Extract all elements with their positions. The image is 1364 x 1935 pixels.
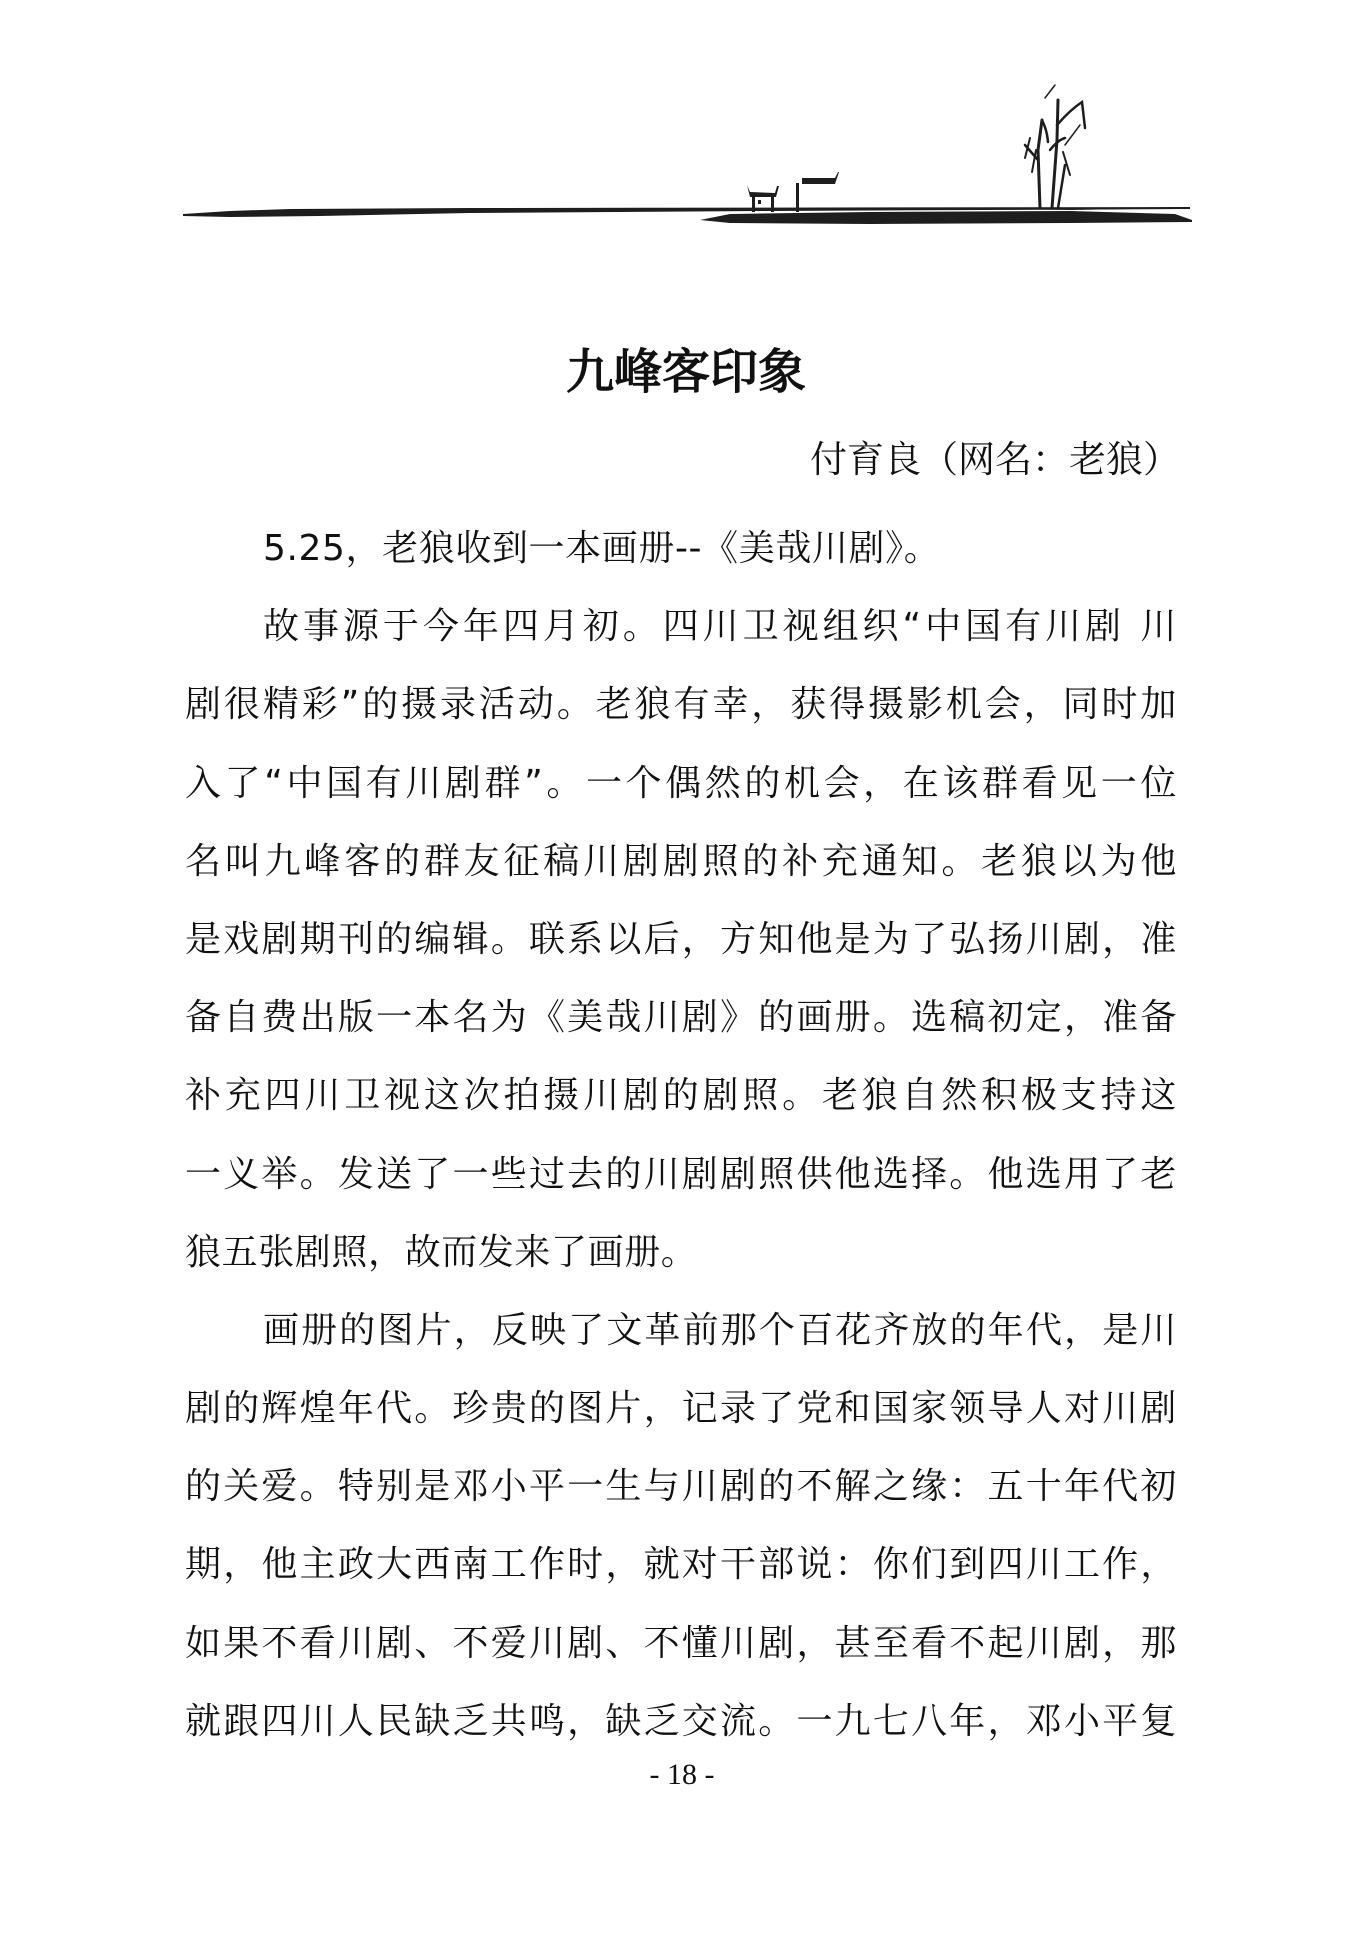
paragraph-1-line-1: 5.25，老狼收到一本画册--《美哉川剧》。	[185, 510, 1177, 588]
bamboo-icon	[1025, 85, 1085, 208]
paragraph-3-line-2: 剧的辉煌年代。珍贵的图片，记录了党和国家领导人对川剧	[185, 1370, 1177, 1448]
paragraph-2-line-6: 备自费出版一本名为《美哉川剧》的画册。选稿初定，准备	[185, 979, 1177, 1057]
page-number: - 18 -	[0, 1758, 1364, 1792]
paragraph-2-line-1: 故事源于今年四月初。四川卫视组织“中国有川剧 川	[185, 588, 1177, 666]
article-body: 5.25，老狼收到一本画册--《美哉川剧》。 故事源于今年四月初。四川卫视组织“…	[185, 510, 1177, 1761]
paragraph-3-line-5: 如果不看川剧、不爱川剧、不懂川剧，甚至看不起川剧，那	[185, 1605, 1177, 1683]
paragraph-2-line-3: 入了“中国有川剧群”。一个偶然的机会，在该群看见一位	[185, 745, 1177, 823]
article-title: 九峰客印象	[0, 340, 1364, 404]
paragraph-2-line-7: 补充四川卫视这次拍摄川剧的剧照。老狼自然积极支持这	[185, 1057, 1177, 1135]
paragraph-3-line-6: 就跟四川人民缺乏共鸣，缺乏交流。一九七八年，邓小平复	[185, 1683, 1177, 1761]
pavilion-icon	[747, 172, 839, 212]
paragraph-2-line-2: 剧很精彩”的摄录活动。老狼有幸，获得摄影机会，同时加	[185, 666, 1177, 744]
paragraph-2-line-4: 名叫九峰客的群友征稿川剧剧照的补充通知。老狼以为他	[185, 823, 1177, 901]
paragraph-2-line-5: 是戏剧期刊的编辑。联系以后，方知他是为了弘扬川剧，准	[185, 901, 1177, 979]
paragraph-3-line-3: 的关爱。特别是邓小平一生与川剧的不解之缘：五十年代初	[185, 1448, 1177, 1526]
article-author: 付育良（网名：老狼）	[700, 434, 1180, 486]
header-decoration	[170, 80, 1200, 240]
paragraph-3-line-4: 期，他主政大西南工作时，就对干部说：你们到四川工作，	[185, 1526, 1177, 1604]
ink-horizon-line-icon	[183, 207, 1192, 224]
paragraph-2-line-8: 一义举。发送了一些过去的川剧剧照供他选择。他选用了老	[185, 1136, 1177, 1214]
paragraph-3-line-1: 画册的图片，反映了文革前那个百花齐放的年代，是川	[185, 1292, 1177, 1370]
paragraph-2-line-9: 狼五张剧照，故而发来了画册。	[185, 1214, 1177, 1292]
document-page: 九峰客印象 付育良（网名：老狼） 5.25，老狼收到一本画册--《美哉川剧》。 …	[0, 0, 1364, 1935]
